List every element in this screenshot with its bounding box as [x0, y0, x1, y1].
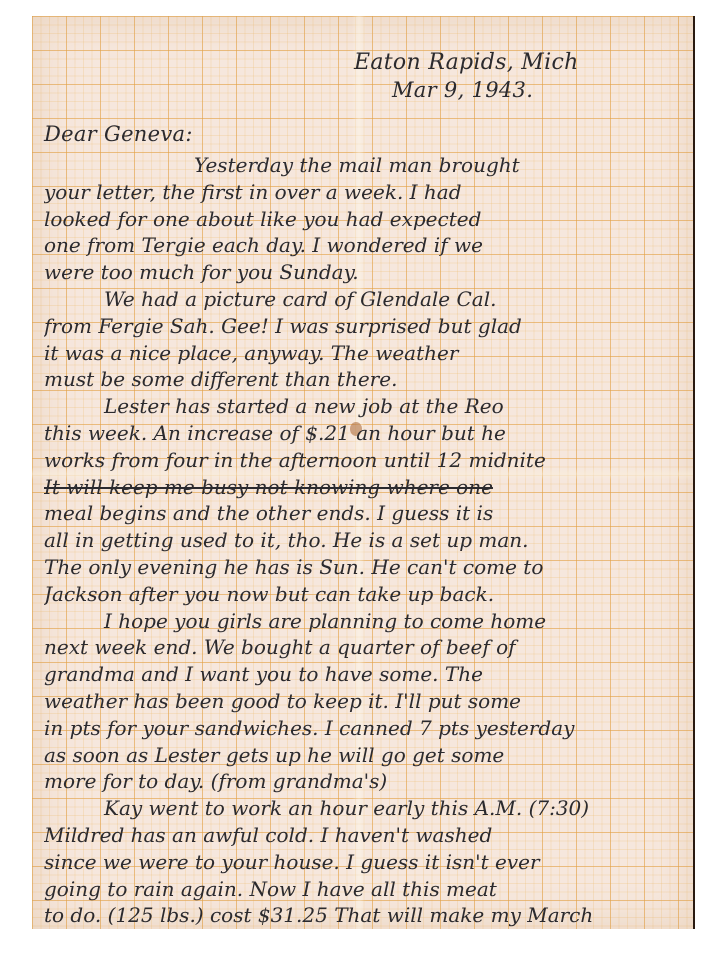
letter-salutation: Dear Geneva: — [44, 122, 193, 146]
letter-line: to do. (125 lbs.) cost $31.25 That will … — [44, 902, 684, 929]
letter-line: I hope you girls are planning to come ho… — [44, 608, 684, 635]
letter-line: more for to day. (from grandma's) — [44, 768, 684, 795]
letter-page: Eaton Rapids, Mich Mar 9, 1943. Dear Gen… — [32, 16, 695, 929]
letter-place: Eaton Rapids, Mich — [354, 50, 579, 75]
letter-line: It will keep me busy not knowing where o… — [44, 474, 684, 501]
letter-line: your letter, the first in over a week. I… — [44, 179, 684, 206]
letter-line: in pts for your sandwiches. I canned 7 p… — [44, 715, 684, 742]
letter-line: works from four in the afternoon until 1… — [44, 447, 684, 474]
letter-line: as soon as Lester gets up he will go get… — [44, 742, 684, 769]
letter-line: Kay went to work an hour early this A.M.… — [44, 795, 684, 822]
letter-line: The only evening he has is Sun. He can't… — [44, 554, 684, 581]
letter-line: since we were to your house. I guess it … — [44, 849, 684, 876]
letter-line: Lester has started a new job at the Reo — [44, 393, 684, 420]
letter-line: were too much for you Sunday. — [44, 259, 684, 286]
letter-line: going to rain again. Now I have all this… — [44, 876, 684, 903]
letter-line: it was a nice place, anyway. The weather — [44, 340, 684, 367]
letter-line: grandma and I want you to have some. The — [44, 661, 684, 688]
letter-body: Yesterday the mail man broughtyour lette… — [44, 152, 684, 929]
letter-line: must be some different than there. — [44, 366, 684, 393]
letter-line: looked for one about like you had expect… — [44, 206, 684, 233]
letter-line: Jackson after you now but can take up ba… — [44, 581, 684, 608]
letter-date: Mar 9, 1943. — [392, 78, 533, 102]
letter-line: meal begins and the other ends. I guess … — [44, 500, 684, 527]
letter-line: from Fergie Sah. Gee! I was surprised bu… — [44, 313, 684, 340]
letter-line: all in getting used to it, tho. He is a … — [44, 527, 684, 554]
letter-line: weather has been good to keep it. I'll p… — [44, 688, 684, 715]
letter-line: this week. An increase of $.21 an hour b… — [44, 420, 684, 447]
page-edge-shadow — [693, 16, 695, 929]
letter-line: next week end. We bought a quarter of be… — [44, 634, 684, 661]
letter-line: We had a picture card of Glendale Cal. — [44, 286, 684, 313]
letter-line: Mildred has an awful cold. I haven't was… — [44, 822, 684, 849]
letter-line: one from Tergie each day. I wondered if … — [44, 232, 684, 259]
letter-line: Yesterday the mail man brought — [44, 152, 684, 179]
